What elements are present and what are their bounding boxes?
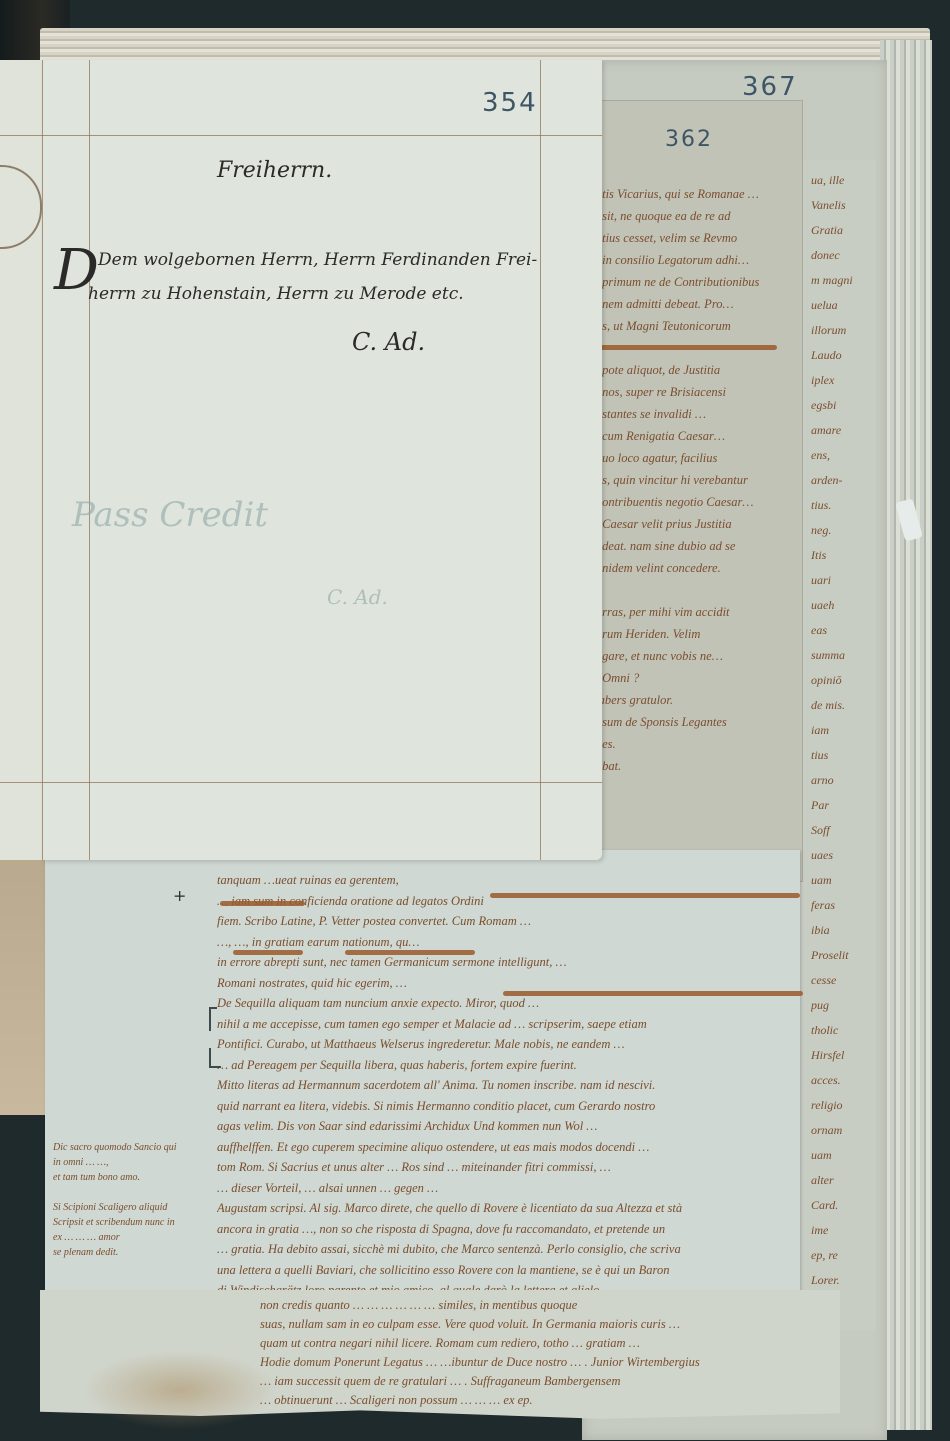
text-line: …tis Vicarius, qui se Romanae … xyxy=(591,183,799,205)
text-line: ua, ille xyxy=(811,168,876,193)
water-stain-left xyxy=(0,855,45,1115)
text-line: tholic xyxy=(811,1018,876,1043)
strikethrough-mark xyxy=(503,991,803,996)
text-line: …nos, super re Brisiacensi xyxy=(591,381,799,403)
text-line: in errore abrepti sunt, nec tamen German… xyxy=(217,952,797,973)
text-line: … dieser Vorteil, … alsai unnen … gegen … xyxy=(217,1178,797,1199)
bottom-fragment-text: non credis quanto … … … … … … similes, i… xyxy=(260,1296,840,1429)
text-line: Vanelis xyxy=(811,193,876,218)
text-line xyxy=(591,579,799,601)
text-line: Augustam scripsi. Al sig. Marco direte, … xyxy=(217,1198,797,1219)
water-stain-bottom xyxy=(80,1350,280,1430)
text-line: … iam successit quem de re gratulari … .… xyxy=(260,1372,840,1391)
text-line: tanquam …ueat ruinas ea gerentem, xyxy=(217,870,797,891)
text-line: tius xyxy=(811,743,876,768)
folio-number-367: 367 xyxy=(742,72,798,102)
text-line: Si Scipioni Scaligero aliquid xyxy=(53,1200,203,1215)
ruled-line xyxy=(540,60,541,860)
strikethrough-mark xyxy=(345,950,475,955)
text-line: …uo loco agatur, facilius xyxy=(591,447,799,469)
text-line: …tius cesset, velim se Revmo xyxy=(591,227,799,249)
text-line: illorum xyxy=(811,318,876,343)
text-line: …ontribuentis negotio Caesar… xyxy=(591,491,799,513)
text-line: Laudo xyxy=(811,343,876,368)
ruled-line xyxy=(89,60,90,860)
text-line: feras xyxy=(811,893,876,918)
inserted-leaf-362: 362 …tis Vicarius, qui se Romanae ……sit,… xyxy=(586,100,803,882)
text-line: ens, xyxy=(811,443,876,468)
letter-margin-notes: Dic sacro quomodo Sancio quiin omni … …,… xyxy=(53,1140,203,1260)
folio-number-354: 354 xyxy=(482,88,538,118)
text-line: …Omni ? xyxy=(591,667,799,689)
ruled-line xyxy=(42,60,43,860)
text-line: una lettera a quelli Baviari, che sollic… xyxy=(217,1260,797,1281)
text-line: auffhelffen. Et ego cuperem specimine al… xyxy=(217,1137,797,1158)
text-line: …pote aliquot, de Justitia xyxy=(591,359,799,381)
address-line-1: Dem wolgebornen Herrn, Herrn Ferdinanden… xyxy=(98,250,537,270)
text-line: opiniō xyxy=(811,668,876,693)
text-line: egsbi xyxy=(811,393,876,418)
text-line: tom Rom. Si Sacrius et unus alter … Ros … xyxy=(217,1157,797,1178)
text-line: ep, re xyxy=(811,1243,876,1268)
strikethrough-mark xyxy=(233,950,303,955)
text-line: …cum Renigatia Caesar… xyxy=(591,425,799,447)
text-line: …s, quin vincitur hi verebantur xyxy=(591,469,799,491)
text-line: …sit, ne quoque ea de re ad xyxy=(591,205,799,227)
text-line: nihil a me accepisse, cum tamen ego semp… xyxy=(217,1014,797,1035)
text-line: ancora in gratia …, non so che risposta … xyxy=(217,1219,797,1240)
text-line: Hodie domum Ponerunt Legatus … …ibuntur … xyxy=(260,1353,840,1372)
text-line: tius. xyxy=(811,493,876,518)
text-line: …nem admitti debeat. Pro… xyxy=(591,293,799,315)
text-line: amare xyxy=(811,418,876,443)
text-line: …stantes se invalidi … xyxy=(591,403,799,425)
text-line: uam xyxy=(811,868,876,893)
letter-sheet: + tanquam …ueat ruinas ea gerentem,… iam… xyxy=(45,850,800,1310)
text-line: …rras, per mihi vim accidit xyxy=(591,601,799,623)
text-line: De Sequilla aliquam tam nuncium anxie ex… xyxy=(217,993,797,1014)
right-page-edges xyxy=(880,40,932,1430)
text-line: …in consilio Legatorum adhi… xyxy=(591,249,799,271)
text-line: Soff xyxy=(811,818,876,843)
strikethrough-mark xyxy=(490,893,800,898)
text-line: m magni xyxy=(811,268,876,293)
ruled-line xyxy=(0,135,602,136)
text-line: ex … … … amor xyxy=(53,1230,203,1245)
text-line: …nidem velint concedere. xyxy=(591,557,799,579)
text-line: uaeh xyxy=(811,593,876,618)
text-line: quid narrant ea litera, videbis. Si nimi… xyxy=(217,1096,797,1117)
margin-column-text: ua, illeVanelisGratiadonecm magniueluail… xyxy=(791,160,876,1343)
text-line: … obtinuerunt … Scaligeri non possum … …… xyxy=(260,1391,840,1410)
cross-mark: + xyxy=(173,886,186,905)
text-line: … ad Pereagem per Sequilla libera, quas … xyxy=(217,1055,797,1076)
text-line: … gratia. Ha debito assai, sicchè mi dub… xyxy=(217,1239,797,1260)
text-line: …sum de Sponsis Legantes xyxy=(591,711,799,733)
text-line: quam ut contra negari nihil licere. Roma… xyxy=(260,1334,840,1353)
text-line: de mis. xyxy=(811,693,876,718)
text-line: Proselit xyxy=(811,943,876,968)
letter-body-text: tanquam …ueat ruinas ea gerentem,… iam s… xyxy=(217,870,797,1342)
folio-number-362: 362 xyxy=(665,127,713,152)
text-line: iplex xyxy=(811,368,876,393)
text-line: …rum Heriden. Velim xyxy=(591,623,799,645)
text-line: Dic sacro quomodo Sancio qui xyxy=(53,1140,203,1155)
text-line: Itis xyxy=(811,543,876,568)
text-line: et tam tum bono amo. xyxy=(53,1170,203,1185)
text-line: Scripsit et scribendum nunc in xyxy=(53,1215,203,1230)
text-line: Fabers gratulor. xyxy=(591,689,799,711)
text-line: Mitto literas ad Hermannum sacerdotem al… xyxy=(217,1075,797,1096)
text-line: ornam xyxy=(811,1118,876,1143)
address-closing: C. Ad. xyxy=(352,328,425,356)
text-line: uaes xyxy=(811,843,876,868)
text-line: neg. xyxy=(811,518,876,543)
text-line: acces. xyxy=(811,1068,876,1093)
text-line: …deat. nam sine dubio ad se xyxy=(591,535,799,557)
text-line: non credis quanto … … … … … … similes, i… xyxy=(260,1296,840,1315)
text-line: …, …, in gratiam earum nationum, qu… xyxy=(217,932,797,953)
text-line: Hirsfel xyxy=(811,1043,876,1068)
bracket-mark xyxy=(209,1007,217,1031)
ruled-line xyxy=(0,782,602,783)
text-line: ime xyxy=(811,1218,876,1243)
strikethrough-mark xyxy=(220,901,305,906)
text-line: uam xyxy=(811,1143,876,1168)
address-line-2: herrn zu Hohenstain, Herrn zu Merode etc… xyxy=(88,284,464,304)
text-line: iam xyxy=(811,718,876,743)
text-line: …es. xyxy=(591,733,799,755)
text-line: pug xyxy=(811,993,876,1018)
text-line: arno xyxy=(811,768,876,793)
strikethrough-mark xyxy=(587,345,777,350)
leaf-text-block: …tis Vicarius, qui se Romanae ……sit, ne … xyxy=(591,183,799,777)
text-line: …primum ne de Contributionibus xyxy=(591,271,799,293)
bracket-mark xyxy=(209,1048,221,1068)
text-line: donec xyxy=(811,243,876,268)
text-line: alter xyxy=(811,1168,876,1193)
text-line: Pontifici. Curabo, ut Matthaeus Welserus… xyxy=(217,1034,797,1055)
text-line: Romani nostrates, quid hic egerim, … xyxy=(217,973,797,994)
text-line xyxy=(53,1185,203,1200)
text-line: agas velim. Dis von Saar sind edarissimi… xyxy=(217,1116,797,1137)
text-line: …Caesar velit prius Justitia xyxy=(591,513,799,535)
text-line: in omni … …, xyxy=(53,1155,203,1170)
bleed-through-closing: C. Ad. xyxy=(327,585,388,609)
text-line: Lorer. xyxy=(811,1268,876,1293)
text-line: ibia xyxy=(811,918,876,943)
text-line: …s, ut Magni Teutonicorum xyxy=(591,315,799,337)
text-line: …gare, et nunc vobis ne… xyxy=(591,645,799,667)
text-line: arden- xyxy=(811,468,876,493)
text-line: Card. xyxy=(811,1193,876,1218)
address-sheet-354: 354 Freiherrn. D Dem wolgebornen Herrn, … xyxy=(42,60,602,860)
text-line: …bat. xyxy=(591,755,799,777)
text-line: se plenam dedit. xyxy=(53,1245,203,1260)
text-line: uari xyxy=(811,568,876,593)
text-line: fiem. Scribo Latine, P. Vetter postea co… xyxy=(217,911,797,932)
text-line: uelua xyxy=(811,293,876,318)
text-line: Gratia xyxy=(811,218,876,243)
text-line: suas, nullam sam in eo culpam esse. Vere… xyxy=(260,1315,840,1334)
text-line: summa xyxy=(811,643,876,668)
text-line: religio xyxy=(811,1093,876,1118)
text-line: Par xyxy=(811,793,876,818)
text-line: cesse xyxy=(811,968,876,993)
bleed-through-signature: Pass Credit xyxy=(72,495,268,535)
text-line: eas xyxy=(811,618,876,643)
address-heading: Freiherrn. xyxy=(217,158,332,183)
